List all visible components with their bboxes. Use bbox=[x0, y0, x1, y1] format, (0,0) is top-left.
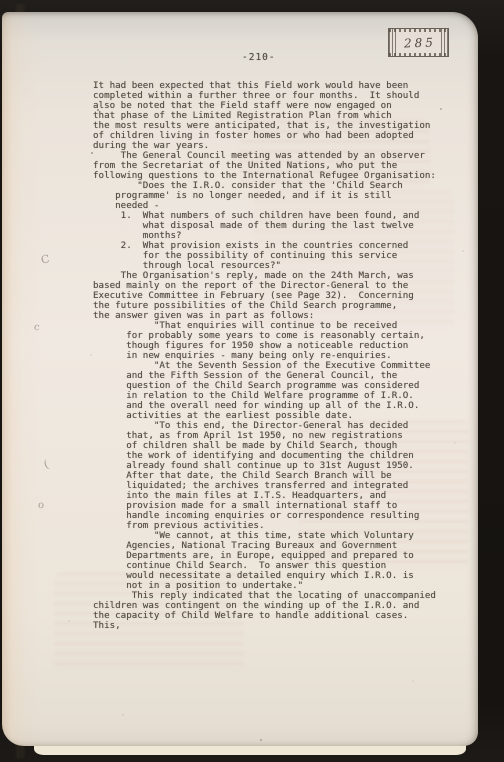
archive-stamp: 285 bbox=[388, 28, 449, 57]
typewritten-text: It had been expected that this Field wor… bbox=[93, 81, 453, 631]
page-number: -210- bbox=[242, 53, 276, 63]
list-item-2: 2. What provision exists in the countrie… bbox=[93, 241, 453, 271]
dust-speckles bbox=[2, 12, 4, 14]
list-item-1: 1. What numbers of such children have be… bbox=[93, 211, 453, 241]
quote-we-cannot: "We cannot, at this time, state which Vo… bbox=[93, 531, 453, 591]
quote-to-this-end: "To this end, the Director-General has d… bbox=[93, 421, 453, 531]
paragraph-general-council: The General Council meeting was attended… bbox=[93, 151, 453, 181]
pencil-mark: c bbox=[33, 322, 40, 334]
quote-seventh-session: "At the Seventh Session of the Executive… bbox=[93, 361, 453, 421]
catchword: This, bbox=[93, 621, 453, 631]
pencil-mark: o bbox=[38, 500, 45, 511]
paragraph-organisation-reply: The Organisation's reply, made on the 24… bbox=[93, 271, 453, 321]
quote-enquiries: "That enquiries will continue to be rece… bbox=[93, 321, 453, 361]
quote-question: "Does the I.R.O. consider that the 'Chil… bbox=[93, 181, 453, 211]
scanned-page: 285 -210- It had been expected that this… bbox=[0, 0, 504, 762]
stamp-number: 285 bbox=[401, 35, 436, 50]
paragraph-field-work: It had been expected that this Field wor… bbox=[93, 81, 453, 151]
paragraph-this-reply: This reply indicated that the locating o… bbox=[93, 591, 453, 621]
